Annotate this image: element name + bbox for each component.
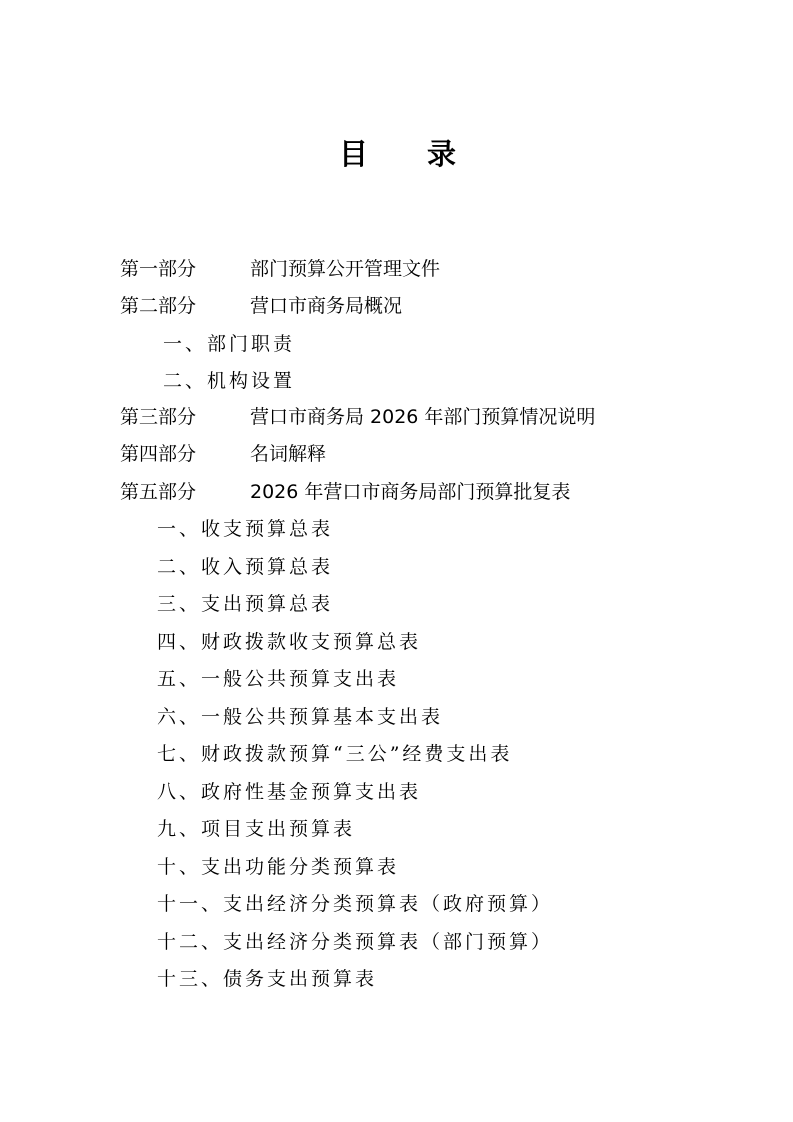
toc-subitem: 十二、支出经济分类预算表（部门预算） xyxy=(157,929,553,955)
toc-part-5-item-1: 一、收支预算总表 xyxy=(0,516,793,542)
toc-subitem: 四、财政拨款收支预算总表 xyxy=(157,629,421,655)
toc-part-5-item-4: 四、财政拨款收支预算总表 xyxy=(0,629,793,655)
toc-part-2-item-1: 一、部门职责 xyxy=(0,331,793,357)
toc-part-3: 第三部分 营口市商务局 2026 年部门预算情况说明 xyxy=(0,404,793,430)
toc-part-5-item-9: 九、项目支出预算表 xyxy=(0,816,793,842)
part-label: 第三部分 xyxy=(120,404,196,430)
toc-subitem: 二、收入预算总表 xyxy=(157,554,333,580)
toc-subitem: 一、收支预算总表 xyxy=(157,516,333,542)
title-char-2: 录 xyxy=(427,136,456,172)
toc-subitem: 五、一般公共预算支出表 xyxy=(157,666,399,692)
toc-part-5: 第五部分 2026 年营口市商务局部门预算批复表 xyxy=(0,479,793,505)
toc-part-5-item-6: 六、一般公共预算基本支出表 xyxy=(0,704,793,730)
toc-part-5-item-12: 十二、支出经济分类预算表（部门预算） xyxy=(0,929,793,955)
toc-part-5-item-5: 五、一般公共预算支出表 xyxy=(0,666,793,692)
part-title: 名词解释 xyxy=(250,441,326,467)
toc-subitem: 二、机构设置 xyxy=(163,368,295,394)
toc-subitem: 十、支出功能分类预算表 xyxy=(157,854,399,880)
part-title: 部门预算公开管理文件 xyxy=(250,256,440,282)
toc-subitem: 八、政府性基金预算支出表 xyxy=(157,779,421,805)
part-title: 营口市商务局 2026 年部门预算情况说明 xyxy=(250,404,595,430)
toc-subitem: 七、财政拨款预算“三公”经费支出表 xyxy=(157,741,512,767)
toc-part-5-item-2: 二、收入预算总表 xyxy=(0,554,793,580)
toc-part-5-item-7: 七、财政拨款预算“三公”经费支出表 xyxy=(0,741,793,767)
toc-subitem: 十一、支出经济分类预算表（政府预算） xyxy=(157,891,553,917)
toc-part-5-item-13: 十三、债务支出预算表 xyxy=(0,966,793,992)
part-title: 2026 年营口市商务局部门预算批复表 xyxy=(250,479,570,505)
title-char-1: 目 xyxy=(339,136,368,172)
part-title: 营口市商务局概况 xyxy=(250,293,402,319)
toc-part-5-item-11: 十一、支出经济分类预算表（政府预算） xyxy=(0,891,793,917)
part-label: 第四部分 xyxy=(120,441,196,467)
part-label: 第一部分 xyxy=(120,256,196,282)
toc-subitem: 十三、债务支出预算表 xyxy=(157,966,377,992)
part-label: 第二部分 xyxy=(120,293,196,319)
toc-subitem: 六、一般公共预算基本支出表 xyxy=(157,704,443,730)
toc-part-4: 第四部分 名词解释 xyxy=(0,441,793,467)
toc-part-5-item-10: 十、支出功能分类预算表 xyxy=(0,854,793,880)
toc-part-5-item-8: 八、政府性基金预算支出表 xyxy=(0,779,793,805)
toc-subitem: 九、项目支出预算表 xyxy=(157,816,355,842)
page-title: 目 录 xyxy=(0,136,793,176)
toc-part-2: 第二部分 营口市商务局概况 xyxy=(0,293,793,319)
part-label: 第五部分 xyxy=(120,479,196,505)
toc-part-2-item-2: 二、机构设置 xyxy=(0,368,793,394)
toc-part-5-item-3: 三、支出预算总表 xyxy=(0,591,793,617)
toc-subitem: 一、部门职责 xyxy=(163,331,295,357)
toc-part-1: 第一部分 部门预算公开管理文件 xyxy=(0,256,793,282)
toc-subitem: 三、支出预算总表 xyxy=(157,591,333,617)
